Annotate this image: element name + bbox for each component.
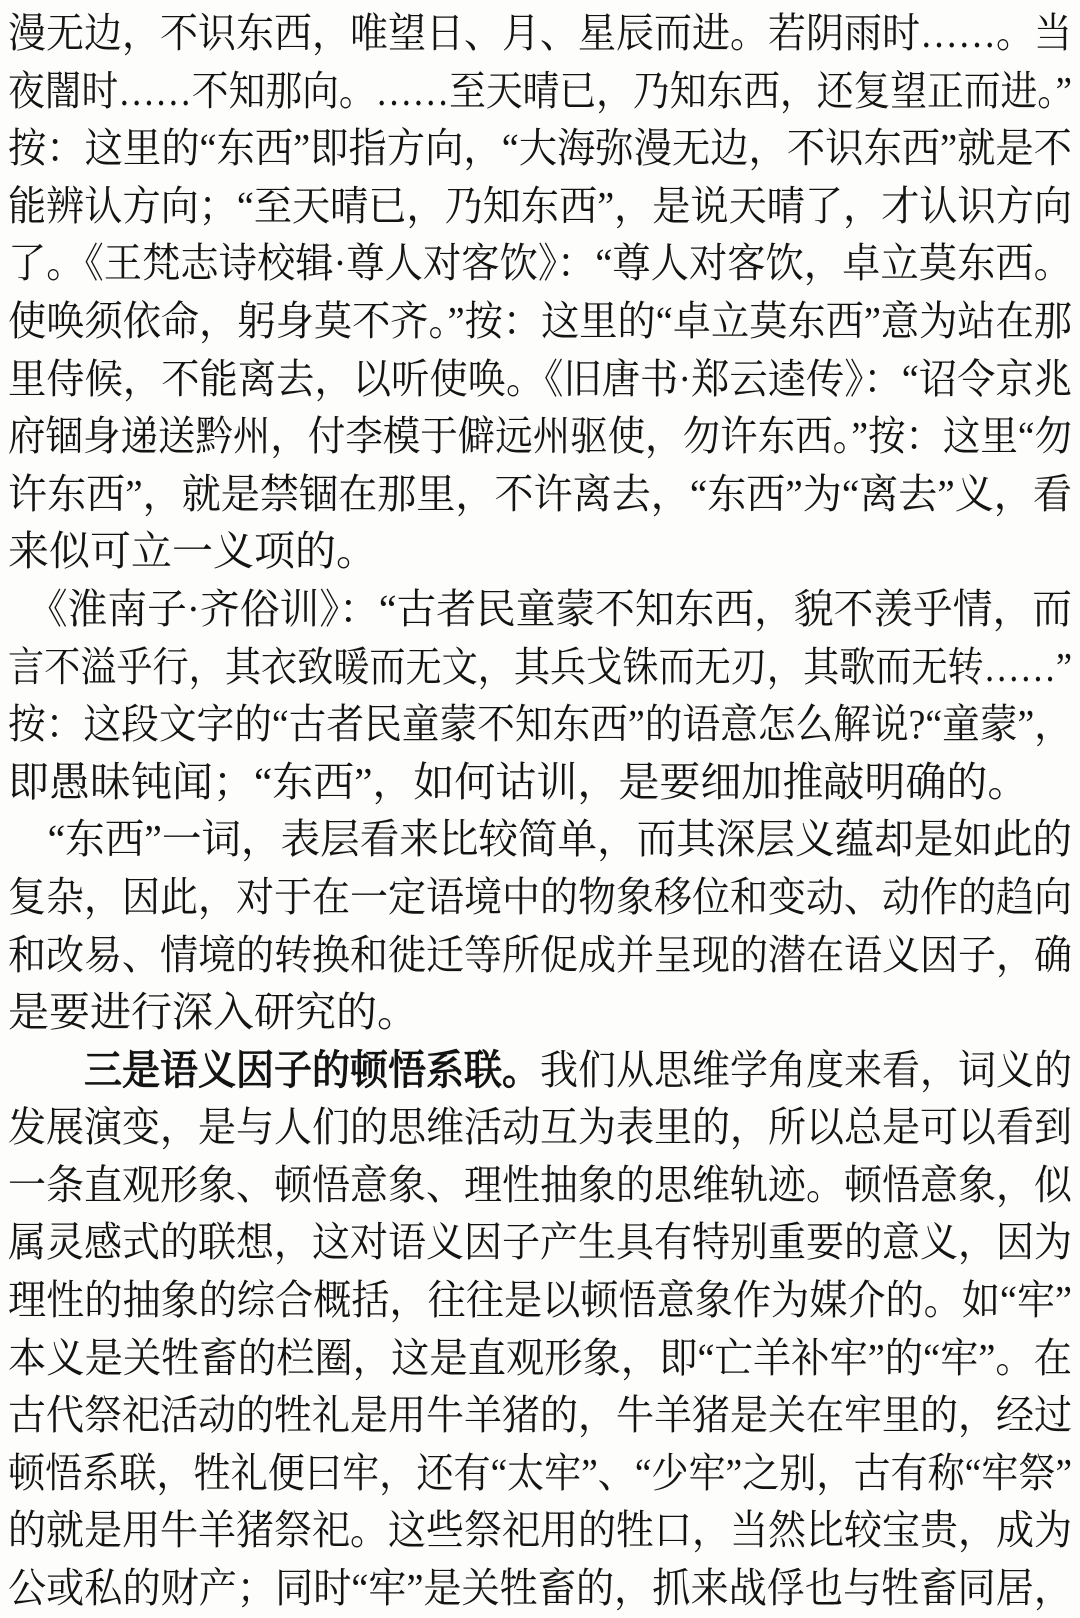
text-line: 理性的抽象的综合概括，往往是以顿悟意象作为媒介的。如“牢” [8,1272,1072,1330]
text-line-content: 夜闇时……不知那向。……至天晴已，乃知东西，还复望正而进。” [8,63,1072,121]
text-line: 能辨认方向；“至天晴已，乃知东西”，是说天晴了，才认识方向 [8,178,1072,236]
text-line-content: 是要进行深入研究的。 [8,984,418,1042]
text-line-content: 按：这里的“东西”即指方向，“大海弥漫无边，不识东西”就是不 [8,120,1072,178]
text-line-content: 按：这段文字的“古者民童蒙不知东西”的语意怎么解说?“童蒙”， [8,696,1072,754]
page: 漫无边，不识东西，唯望日、月、星辰而进。若阴雨时……。当夜闇时……不知那向。……… [0,0,1080,1618]
text-line-content: “东西”一词，表层看来比较简单，而其深层义蕴却是如此的 [8,811,1072,869]
text-line-content: 言不溢乎行，其衣致暖而无文，其兵戈铢而无刃，其歌而无转……” [8,639,1072,697]
text-line: 三是语义因子的顿悟系联。我们从思维学角度来看，词义的 [8,1042,1072,1100]
text-line: 按：这段文字的“古者民童蒙不知东西”的语意怎么解说?“童蒙”， [8,696,1072,754]
text-line-content: 府锢身递送黔州，付李模于僻远州驱使，勿许东西。”按：这里“勿 [8,408,1072,466]
text-line: 使唤须依命，躬身莫不齐。”按：这里的“卓立莫东西”意为站在那 [8,293,1072,351]
text-line: 言不溢乎行，其衣致暖而无文，其兵戈铢而无刃，其歌而无转……” [8,639,1072,697]
text-line: 和改易、情境的转换和徙迁等所促成并呈现的潜在语义因子，确 [8,927,1072,985]
text-run: 我们从思维学角度来看，词义的 [540,1047,1072,1093]
text-line-content: 发展演变，是与人们的思维活动互为表里的，所以总是可以看到 [8,1099,1072,1157]
text-line-content: 属灵感式的联想，这对语义因子产生具有特别重要的意义，因为 [8,1214,1072,1272]
text-line-content: 《淮南子·齐俗训》：“古者民童蒙不知东西，貌不羡乎情，而 [8,581,1072,639]
text-line: 顿悟系联，牲礼便曰牢，还有“太牢”、“少牢”之别，古有称“牢祭” [8,1445,1072,1503]
text-line-content: 复杂，因此，对于在一定语境中的物象移位和变动、动作的趋向 [8,869,1072,927]
text-line-content: 漫无边，不识东西，唯望日、月、星辰而进。若阴雨时……。当 [8,5,1072,63]
text-line-content: 了。《王梵志诗校辑·尊人对客饮》：“尊人对客饮，卓立莫东西。 [8,235,1072,293]
section-heading-bold: 三是语义因子的顿悟系联。 [8,1047,540,1093]
text-line-content: 里侍候，不能离去，以听使唤。《旧唐书·郑云逵传》：“诏令京兆 [8,351,1072,409]
text-line: 府锢身递送黔州，付李模于僻远州驱使，勿许东西。”按：这里“勿 [8,408,1072,466]
text-line-content: 古代祭祀活动的牲礼是用牛羊猪的，牛羊猪是关在牢里的，经过 [8,1387,1072,1445]
text-line: 公或私的财产；同时“牢”是关牲畜的，抓来战俘也与牲畜同居， [8,1560,1072,1618]
text-line-content: 和改易、情境的转换和徙迁等所促成并呈现的潜在语义因子，确 [8,927,1072,985]
text-line: 属灵感式的联想，这对语义因子产生具有特别重要的意义，因为 [8,1214,1072,1272]
text-line: 的就是用牛羊猪祭祀。这些祭祀用的牲口，当然比较宝贵，成为 [8,1502,1072,1560]
text-line: 一条直观形象、顿悟意象、理性抽象的思维轨迹。顿悟意象，似 [8,1157,1072,1215]
text-line-content: 许东西”，就是禁锢在那里，不许离去，“东西”为“离去”义，看 [8,466,1072,524]
text-line: 按：这里的“东西”即指方向，“大海弥漫无边，不识东西”就是不 [8,120,1072,178]
text-line: 本义是关牲畜的栏圈，这是直观形象，即“亡羊补牢”的“牢”。在 [8,1330,1072,1388]
text-line: 发展演变，是与人们的思维活动互为表里的，所以总是可以看到 [8,1099,1072,1157]
text-line: 来似可立一义项的。 [8,523,1072,581]
text-line: 《淮南子·齐俗训》：“古者民童蒙不知东西，貌不羡乎情，而 [8,581,1072,639]
text-line-content: 能辨认方向；“至天晴已，乃知东西”，是说天晴了，才认识方向 [8,178,1072,236]
text-line: 是要进行深入研究的。 [8,984,1072,1042]
text-line-content: 公或私的财产；同时“牢”是关牲畜的，抓来战俘也与牲畜同居， [8,1560,1072,1618]
text-line: 即愚昧钝闻；“东西”，如何诂训，是要细加推敲明确的。 [8,754,1072,812]
text-line-content: 的就是用牛羊猪祭祀。这些祭祀用的牲口，当然比较宝贵，成为 [8,1502,1072,1560]
text-line-content: 顿悟系联，牲礼便曰牢，还有“太牢”、“少牢”之别，古有称“牢祭” [8,1445,1072,1503]
text-column: 漫无边，不识东西，唯望日、月、星辰而进。若阴雨时……。当夜闇时……不知那向。……… [8,5,1072,1618]
text-line: 古代祭祀活动的牲礼是用牛羊猪的，牛羊猪是关在牢里的，经过 [8,1387,1072,1445]
text-line-content: 来似可立一义项的。 [8,523,377,581]
text-line: 夜闇时……不知那向。……至天晴已，乃知东西，还复望正而进。” [8,63,1072,121]
text-line-content: 即愚昧钝闻；“东西”，如何诂训，是要细加推敲明确的。 [8,754,1028,812]
text-line-content: 三是语义因子的顿悟系联。我们从思维学角度来看，词义的 [8,1042,1072,1100]
text-line: 许东西”，就是禁锢在那里，不许离去，“东西”为“离去”义，看 [8,466,1072,524]
text-line-content: 使唤须依命，躬身莫不齐。”按：这里的“卓立莫东西”意为站在那 [8,293,1072,351]
text-line: 里侍候，不能离去，以听使唤。《旧唐书·郑云逵传》：“诏令京兆 [8,351,1072,409]
text-line-content: 理性的抽象的综合概括，往往是以顿悟意象作为媒介的。如“牢” [8,1272,1072,1330]
text-line-content: 本义是关牲畜的栏圈，这是直观形象，即“亡羊补牢”的“牢”。在 [8,1330,1072,1388]
text-line: 漫无边，不识东西，唯望日、月、星辰而进。若阴雨时……。当 [8,5,1072,63]
text-line: 了。《王梵志诗校辑·尊人对客饮》：“尊人对客饮，卓立莫东西。 [8,235,1072,293]
text-line: “东西”一词，表层看来比较简单，而其深层义蕴却是如此的 [8,811,1072,869]
text-line: 复杂，因此，对于在一定语境中的物象移位和变动、动作的趋向 [8,869,1072,927]
text-line-content: 一条直观形象、顿悟意象、理性抽象的思维轨迹。顿悟意象，似 [8,1157,1072,1215]
